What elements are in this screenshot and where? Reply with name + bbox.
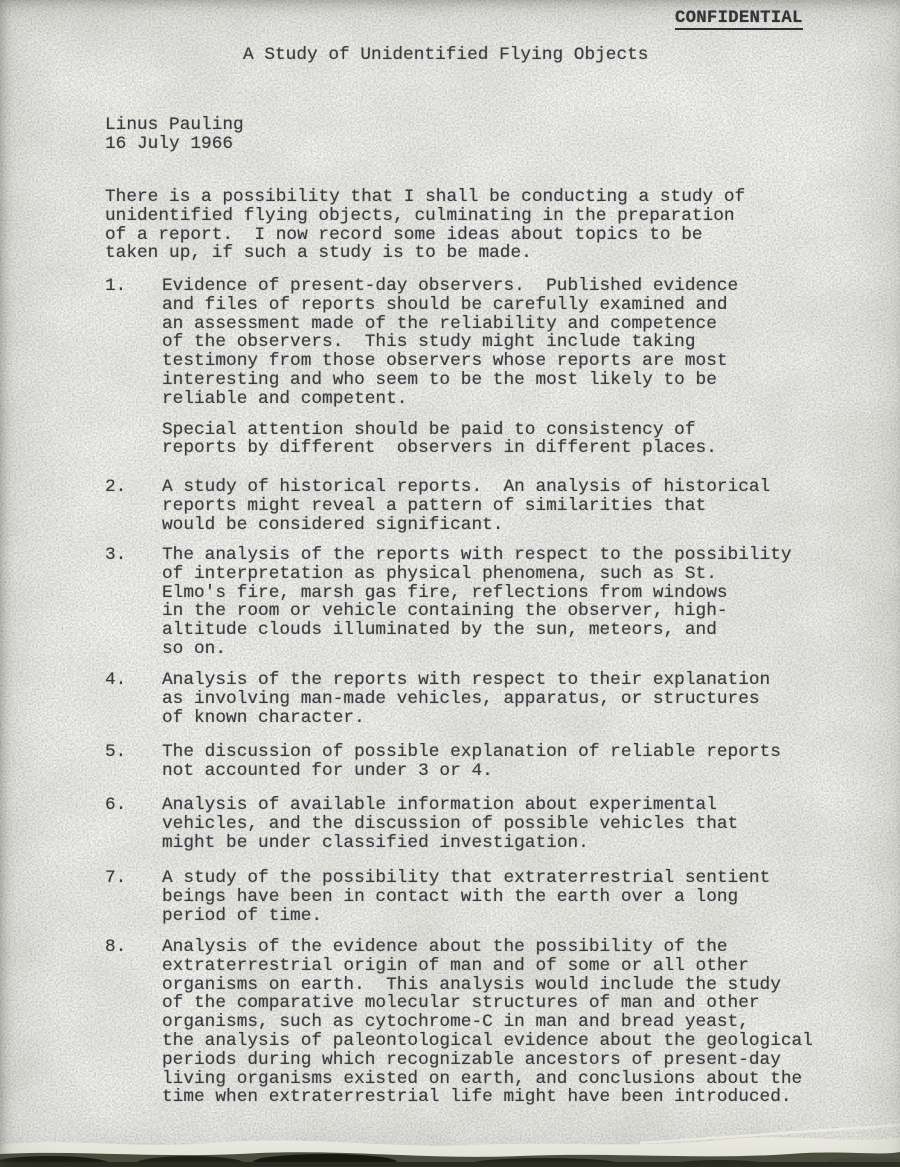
list-item-5: 5. The discussion of possible explanatio… [105, 743, 820, 781]
item-subparagraph: Special attention should be paid to cons… [162, 421, 820, 459]
intro-paragraph: There is a possibility that I shall be c… [105, 188, 815, 263]
item-text: Evidence of present-day observers. Publi… [162, 277, 820, 409]
item-text: Analysis of the evidence about the possi… [162, 938, 820, 1107]
item-text: A study of historical reports. An analys… [162, 478, 820, 534]
list-item-4: 4. Analysis of the reports with respect … [105, 671, 820, 727]
item-number: 3. [105, 546, 162, 565]
list-item-3: 3. The analysis of the reports with resp… [105, 546, 820, 659]
list-item-6: 6. Analysis of available information abo… [105, 796, 820, 852]
item-number: 7. [105, 869, 162, 888]
item-number: 6. [105, 796, 162, 815]
author-name: Linus Pauling [105, 116, 244, 135]
classification-stamp: CONFIDENTIAL [675, 9, 803, 30]
list-item-8: 8. Analysis of the evidence about the po… [105, 938, 820, 1107]
list-item-7: 7. A study of the possibility that extra… [105, 869, 820, 925]
document-date: 16 July 1966 [105, 135, 244, 154]
item-text: Analysis of the reports with respect to … [162, 671, 820, 727]
item-number: 1. [105, 277, 162, 296]
item-text: A study of the possibility that extrater… [162, 869, 820, 925]
list-item-1: 1. Evidence of present-day observers. Pu… [105, 277, 820, 458]
list-item-2: 2. A study of historical reports. An ana… [105, 478, 820, 534]
item-number: 5. [105, 743, 162, 762]
item-text: The discussion of possible explanation o… [162, 743, 820, 781]
torn-paper-edge [0, 1121, 900, 1167]
item-number: 8. [105, 938, 162, 957]
item-number: 4. [105, 671, 162, 690]
item-text: Analysis of available information about … [162, 796, 820, 852]
item-number: 2. [105, 478, 162, 497]
document-title: A Study of Unidentified Flying Objects [243, 46, 648, 65]
scanned-document-page: CONFIDENTIAL A Study of Unidentified Fly… [0, 0, 900, 1167]
byline: Linus Pauling 16 July 1966 [105, 116, 244, 154]
item-text: The analysis of the reports with respect… [162, 546, 820, 659]
